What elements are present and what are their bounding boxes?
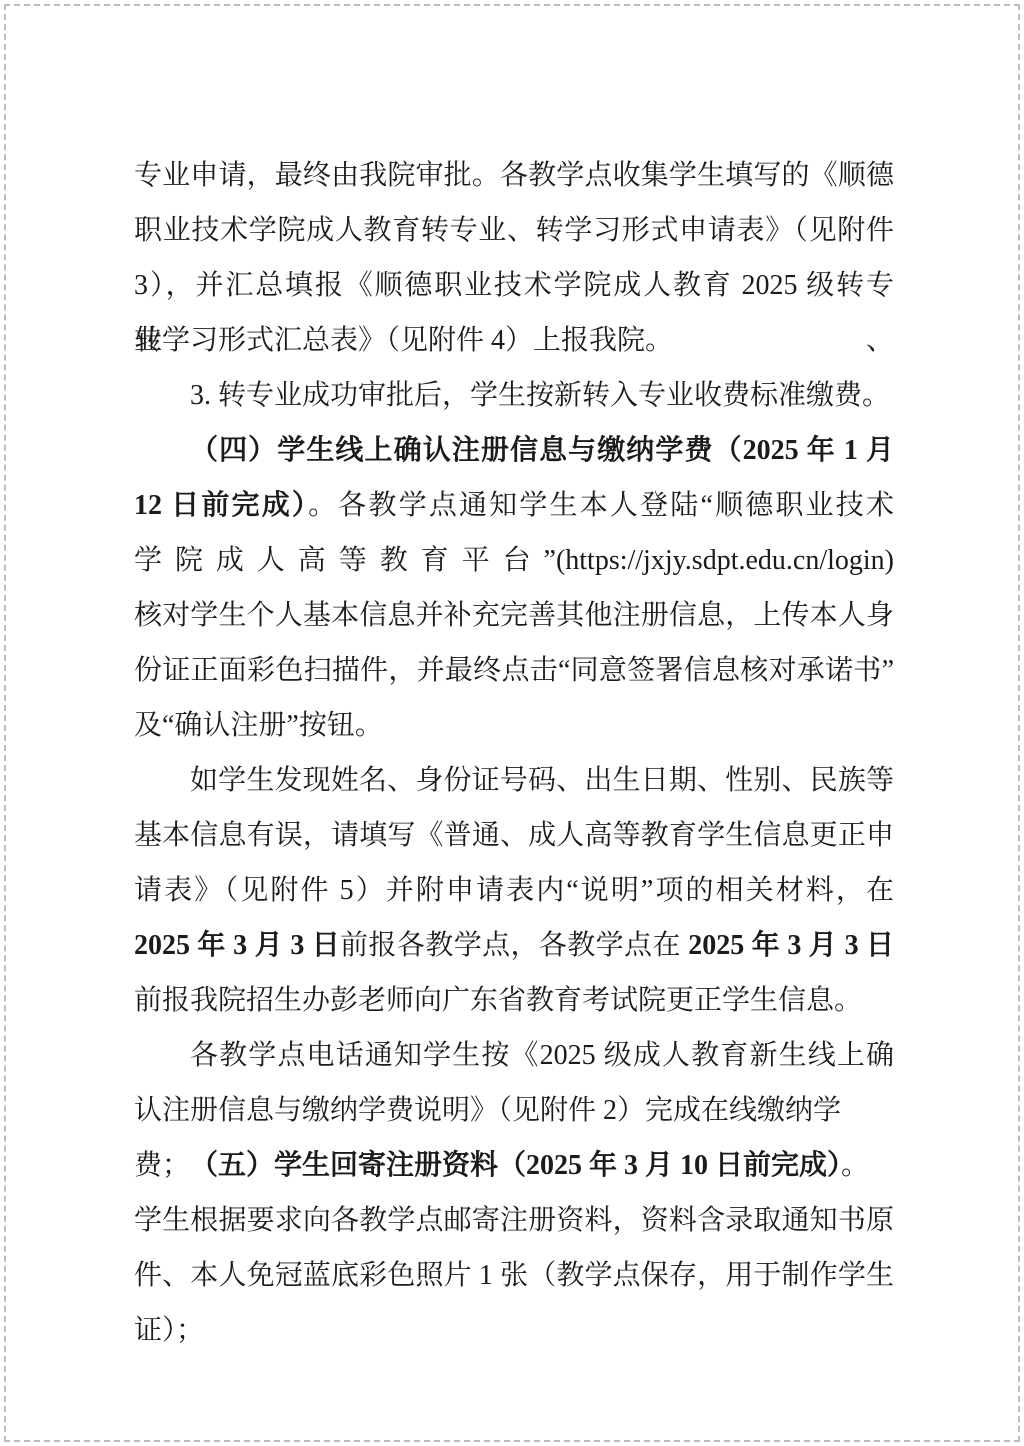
text-run: 请表》（见附件 5）并附申请表内“说明”项的相关材料，在: [134, 875, 894, 906]
text-run: 证）；: [134, 1315, 204, 1346]
text-run: 学院成人高等教育平台”(https://jxjy.sdpt.edu.cn/log…: [134, 545, 894, 576]
document-body: 专业申请，最终由我院审批。各教学点收集学生填写的《顺德职业技术学院成人教育转专业…: [134, 148, 894, 1358]
text-run: 。: [841, 1150, 869, 1181]
text-run: 份证正面彩色扫描件，并最终点击“同意签署信息核对承诺书”: [134, 655, 894, 686]
text-line: 2025 年 3 月 3 日前报各教学点，各教学点在 2025 年 3 月 3 …: [134, 918, 894, 973]
text-line: 证）；: [134, 1303, 894, 1358]
text-line: 认注册信息与缴纳学费说明》（见附件 2）完成在线缴纳学费；: [134, 1083, 894, 1138]
text-line: 学院成人高等教育平台”(https://jxjy.sdpt.edu.cn/log…: [134, 533, 894, 588]
text-run: 专业申请，最终由我院审批。各教学点收集学生填写的《顺德: [134, 160, 894, 191]
text-run: 如学生发现姓名、身份证号码、出生日期、性别、民族等: [190, 765, 894, 796]
text-line: 3. 转专业成功审批后，学生按新转入专业收费标准缴费。: [134, 368, 894, 423]
bold-text-run: 2025 年 3 月 3 日: [134, 930, 340, 961]
text-line: 件、本人免冠蓝底彩色照片 1 张（教学点保存，用于制作学生: [134, 1248, 894, 1303]
text-run: 。各教学点通知学生本人登陆“顺德职业技术: [308, 490, 894, 521]
text-run: 各教学点电话通知学生按《2025 级成人教育新生线上确: [190, 1040, 894, 1071]
text-run: 基本信息有误，请填写《普通、成人高等教育学生信息更正申: [134, 820, 894, 851]
text-line: 专业申请，最终由我院审批。各教学点收集学生填写的《顺德: [134, 148, 894, 203]
document-page: 专业申请，最终由我院审批。各教学点收集学生填写的《顺德职业技术学院成人教育转专业…: [0, 0, 1024, 1446]
text-line: 学生根据要求向各教学点邮寄注册资料，资料含录取通知书原: [134, 1193, 894, 1248]
text-line: 3），并汇总填报《顺德职业技术学院成人教育 2025 级转专业、: [134, 258, 894, 313]
bold-text-run: （四）学生线上确认注册信息与缴纳学费（2025 年 1 月: [190, 435, 894, 466]
text-line: 如学生发现姓名、身份证号码、出生日期、性别、民族等: [134, 753, 894, 808]
text-line: 及“确认注册”按钮。: [134, 698, 894, 753]
text-line: （五）学生回寄注册资料（2025 年 3 月 10 日前完成）。: [134, 1138, 894, 1193]
text-run: 职业技术学院成人教育转专业、转学习形式申请表》（见附件: [134, 215, 894, 246]
text-run: 件、本人免冠蓝底彩色照片 1 张（教学点保存，用于制作学生: [134, 1260, 894, 1291]
text-run: 学生根据要求向各教学点邮寄注册资料，资料含录取通知书原: [134, 1205, 894, 1236]
text-line: 前报我院招生办彭老师向广东省教育考试院更正学生信息。: [134, 973, 894, 1028]
bold-text-run: 2025 年 3 月 3 日: [688, 930, 894, 961]
text-line: 请表》（见附件 5）并附申请表内“说明”项的相关材料，在: [134, 863, 894, 918]
text-run: 核对学生个人基本信息并补充完善其他注册信息，上传本人身: [134, 600, 894, 631]
text-run: 3. 转专业成功审批后，学生按新转入专业收费标准缴费。: [190, 380, 890, 411]
bold-text-run: （五）学生回寄注册资料（2025 年 3 月 10 日前完成）: [190, 1150, 841, 1181]
bold-text-run: 12 日前完成）: [134, 490, 308, 521]
text-line: 各教学点电话通知学生按《2025 级成人教育新生线上确: [134, 1028, 894, 1083]
text-line: 基本信息有误，请填写《普通、成人高等教育学生信息更正申: [134, 808, 894, 863]
text-run: 前报各教学点，各教学点在: [340, 930, 688, 961]
text-line: （四）学生线上确认注册信息与缴纳学费（2025 年 1 月: [134, 423, 894, 478]
text-line: 份证正面彩色扫描件，并最终点击“同意签署信息核对承诺书”: [134, 643, 894, 698]
text-line: 职业技术学院成人教育转专业、转学习形式申请表》（见附件: [134, 203, 894, 258]
text-line: 核对学生个人基本信息并补充完善其他注册信息，上传本人身: [134, 588, 894, 643]
text-run: 转学习形式汇总表》（见附件 4）上报我院。: [134, 325, 673, 356]
text-run: 前报我院招生办彭老师向广东省教育考试院更正学生信息。: [134, 985, 862, 1016]
text-line: 12 日前完成）。各教学点通知学生本人登陆“顺德职业技术: [134, 478, 894, 533]
text-run: 及“确认注册”按钮。: [134, 710, 383, 741]
